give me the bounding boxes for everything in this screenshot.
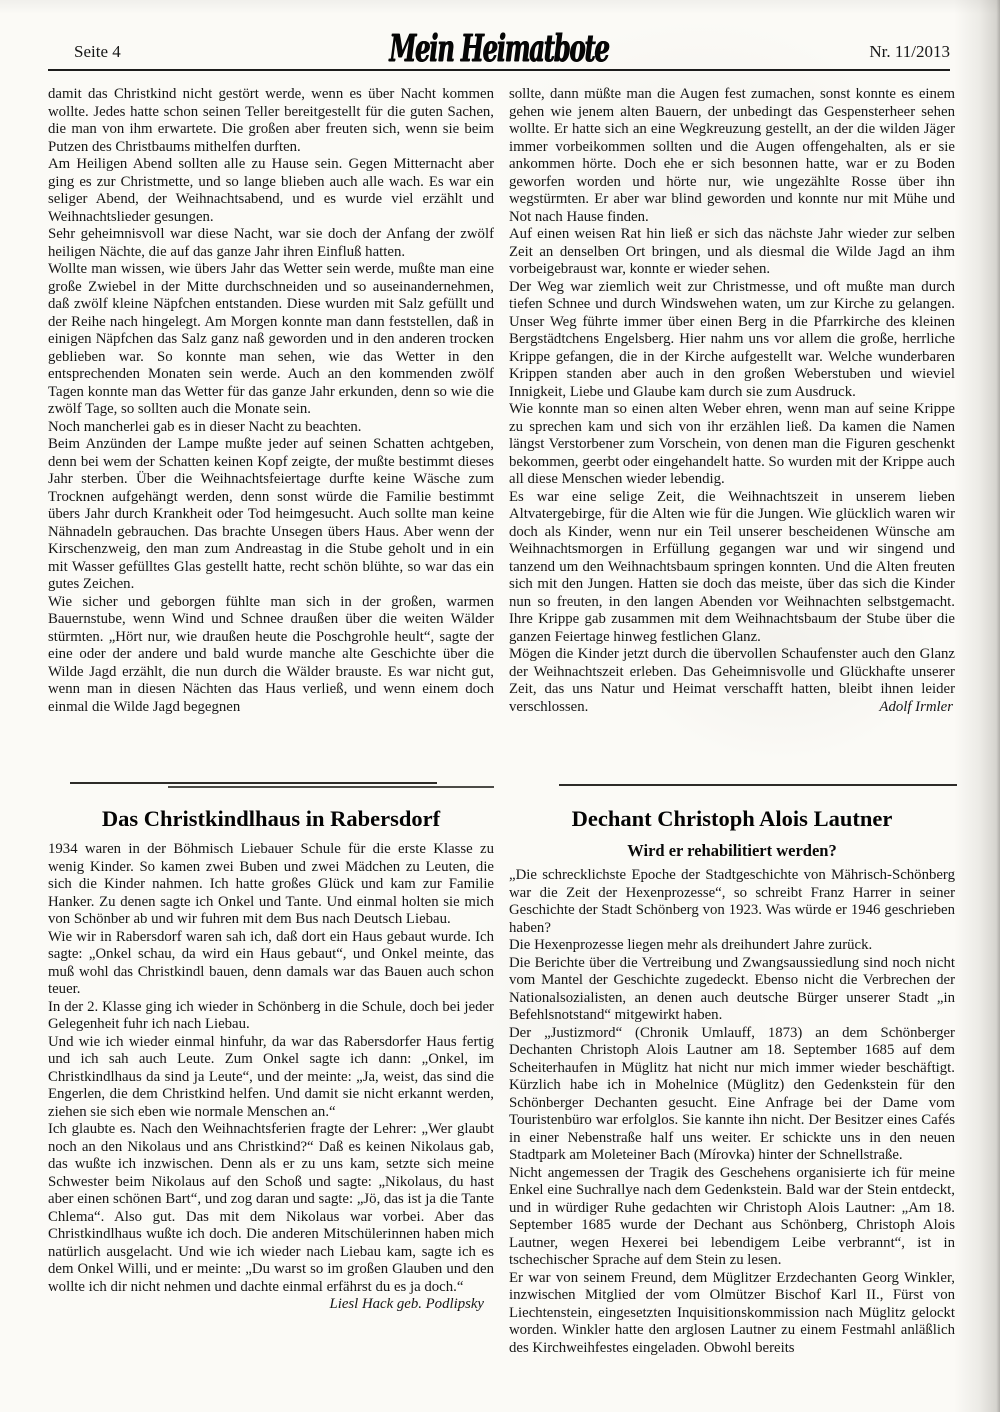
article-weihnachten-continuation-right: sollte, dann müßte man die Augen fest zu…	[509, 86, 955, 770]
paragraph: Er war von seinem Freund, dem Müglitzer …	[509, 1270, 955, 1358]
page-number-label: Seite 4	[74, 42, 121, 62]
paragraph: Wie wir in Rabersdorf waren sah ich, daß…	[48, 929, 494, 999]
two-column-layout: damit das Christkind nicht gestört werde…	[48, 86, 955, 1357]
masthead-title: Mein Heimatbote	[201, 28, 796, 68]
paragraph: Der Weg war ziemlich weit zur Christmess…	[509, 279, 955, 402]
paragraph: Ich glaubte es. Nach den Weihnachtsferie…	[48, 1121, 494, 1296]
divider-rule	[559, 784, 957, 786]
issue-number-label: Nr. 11/2013	[869, 42, 950, 62]
paragraph: Beim Anzünden der Lampe mußte jeder auf …	[48, 436, 494, 594]
page-header: Seite 4 Mein Heimatbote Nr. 11/2013	[48, 0, 950, 71]
paragraph: 1934 waren in der Böhmisch Liebauer Schu…	[48, 841, 494, 929]
section-divider-left	[48, 770, 494, 796]
article-weihnachten-continuation-left: damit das Christkind nicht gestört werde…	[48, 86, 494, 770]
author-signature: Liesl Hack geb. Podlipsky	[48, 1296, 494, 1314]
newspaper-page: Seite 4 Mein Heimatbote Nr. 11/2013 dami…	[0, 0, 1000, 1412]
paragraph: damit das Christkind nicht gestört werde…	[48, 86, 494, 156]
section-divider-right	[509, 770, 955, 796]
paragraph: Der „Justizmord“ (Chronik Umlauff, 1873)…	[509, 1025, 955, 1165]
article-christkindlhaus: Das Christkindlhaus in Rabersdorf 1934 w…	[48, 806, 494, 1314]
article-title: Das Christkindlhaus in Rabersdorf	[48, 806, 494, 832]
paragraph: Auf einen weisen Rat hin ließ er sich da…	[509, 226, 955, 279]
paragraph: Wie sicher und geborgen fühlte man sich …	[48, 594, 494, 717]
left-column: damit das Christkind nicht gestört werde…	[48, 86, 494, 1357]
paragraph: Die Hexenprozesse liegen mehr als dreihu…	[509, 937, 955, 955]
paragraph: sollte, dann müßte man die Augen fest zu…	[509, 86, 955, 226]
right-column: sollte, dann müßte man die Augen fest zu…	[509, 86, 955, 1357]
paragraph: Noch mancherlei gab es in dieser Nacht z…	[48, 419, 494, 437]
paragraph: Die Berichte über die Vertreibung und Zw…	[509, 955, 955, 1025]
paragraph: „Die schrecklichste Epoche der Stadtgesc…	[509, 867, 955, 937]
paragraph: Und wie ich wieder einmal hinfuhr, da wa…	[48, 1034, 494, 1122]
paragraph: Wollte man wissen, wie übers Jahr das We…	[48, 261, 494, 419]
paragraph: Wie konnte man so einen alten Weber ehre…	[509, 401, 955, 489]
article-lautner: Dechant Christoph Alois Lautner Wird er …	[509, 806, 955, 1357]
divider-rule	[168, 786, 494, 788]
scan-edge-shadow	[954, 0, 1000, 1412]
article-title: Dechant Christoph Alois Lautner	[509, 806, 955, 832]
paragraph: In der 2. Klasse ging ich wieder in Schö…	[48, 999, 494, 1034]
paragraph: Es war eine selige Zeit, die Weihnachtsz…	[509, 489, 955, 647]
paragraph: Sehr geheimnisvoll war diese Nacht, war …	[48, 226, 494, 261]
paragraph: Am Heiligen Abend sollten alle zu Hause …	[48, 156, 494, 226]
divider-rule	[70, 782, 437, 784]
article-subtitle: Wird er rehabilitiert werden?	[509, 841, 955, 860]
paragraph: Nicht angemessen der Tragik des Geschehe…	[509, 1165, 955, 1270]
